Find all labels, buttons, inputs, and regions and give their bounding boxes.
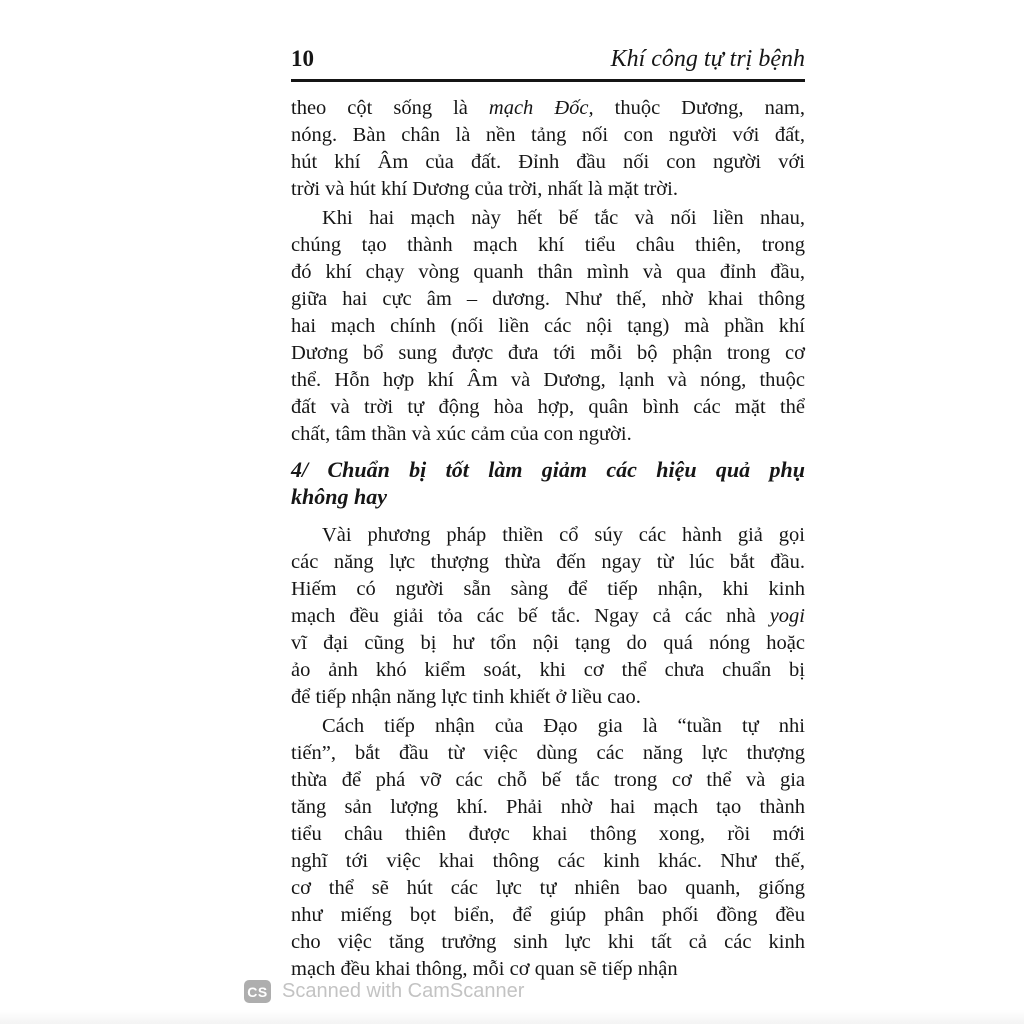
text-line: vĩ đại cũng bị hư tổn nội tạng do quá nó… [291,630,805,657]
text-line: chúng tạo thành mạch khí tiểu châu thiên… [291,232,805,259]
text-line: 4/ Chuẩn bị tốt làm giảm các hiệu quả ph… [291,456,805,483]
paragraph: theo cột sống là mạch Đốc, thuộc Dương, … [291,95,805,203]
text-line: cơ thể sẽ hút các lực tự nhiên bao quanh… [291,875,805,902]
text-line: Cách tiếp nhận của Đạo gia là “tuần tự n… [291,713,805,740]
text-line: trời và hút khí Dương của trời, nhất là … [291,176,805,203]
text-line: nóng. Bàn chân là nền tảng nối con người… [291,122,805,149]
text-line: mạch đều khai thông, mỗi cơ quan sẽ tiếp… [291,956,805,983]
text-line: Vài phương pháp thiền cổ súy các hành gi… [291,522,805,549]
text-line: hai mạch chính (nối liền các nội tạng) m… [291,313,805,340]
text-line: để tiếp nhận năng lực tinh khiết ở liều … [291,684,805,711]
text-line: không hay [291,483,805,510]
running-head-title: Khí công tự trị bệnh [611,46,805,72]
paragraph: Vài phương pháp thiền cổ súy các hành gi… [291,522,805,711]
text-line: theo cột sống là mạch Đốc, thuộc Dương, … [291,95,805,122]
text-line: thể. Hỗn hợp khí Âm và Dương, lạnh và nó… [291,367,805,394]
text-block: theo cột sống là mạch Đốc, thuộc Dương, … [291,95,805,983]
text-line: giữa hai cực âm – dương. Như thế, nhờ kh… [291,286,805,313]
text-line: ảo ảnh khó kiểm soát, khi cơ thể chưa ch… [291,657,805,684]
camscanner-logo-icon: CS [244,980,271,1003]
page-header: 10 Khí công tự trị bệnh [291,46,805,82]
text-line: các năng lực thượng thừa đến ngay từ lúc… [291,549,805,576]
text-line: tiến”, bắt đầu từ việc dùng các năng lực… [291,740,805,767]
scanned-page: 10 Khí công tự trị bệnh theo cột sống là… [0,0,1024,1024]
content-column: 10 Khí công tự trị bệnh theo cột sống là… [291,46,805,983]
text-line: đất và trời tự động hòa hợp, quân bình c… [291,394,805,421]
text-line: Dương bổ sung được đưa tới mỗi bộ phận t… [291,340,805,367]
text-line: tăng sản lượng khí. Phải nhờ hai mạch tạ… [291,794,805,821]
text-line: đó khí chạy vòng quanh thân mình và qua … [291,259,805,286]
text-line: cho việc tăng trưởng sinh lực khi tất cả… [291,929,805,956]
scan-edge-shadow [0,1010,1024,1024]
text-line: mạch đều giải tỏa các bế tắc. Ngay cả cá… [291,603,805,630]
text-line: tiểu châu thiên được khai thông xong, rồ… [291,821,805,848]
paragraph: Khi hai mạch này hết bế tắc và nối liền … [291,205,805,448]
page-number: 10 [291,46,314,72]
camscanner-watermark: CS Scanned with CamScanner [244,980,524,1003]
text-line: Hiếm có người sẵn sàng để tiếp nhận, khi… [291,576,805,603]
text-line: chất, tâm thần và xúc cảm của con người. [291,421,805,448]
watermark-text: Scanned with CamScanner [282,980,524,1003]
text-line: nghĩ tới việc khai thông các kinh khác. … [291,848,805,875]
text-line: hút khí Âm của đất. Đỉnh đầu nối con ngư… [291,149,805,176]
text-line: như miếng bọt biển, để giúp phân phối đồ… [291,902,805,929]
paragraph: Cách tiếp nhận của Đạo gia là “tuần tự n… [291,713,805,983]
section-heading: 4/ Chuẩn bị tốt làm giảm các hiệu quả ph… [291,456,805,510]
text-line: thừa để phá vỡ các chỗ bế tắc trong cơ t… [291,767,805,794]
text-line: Khi hai mạch này hết bế tắc và nối liền … [291,205,805,232]
